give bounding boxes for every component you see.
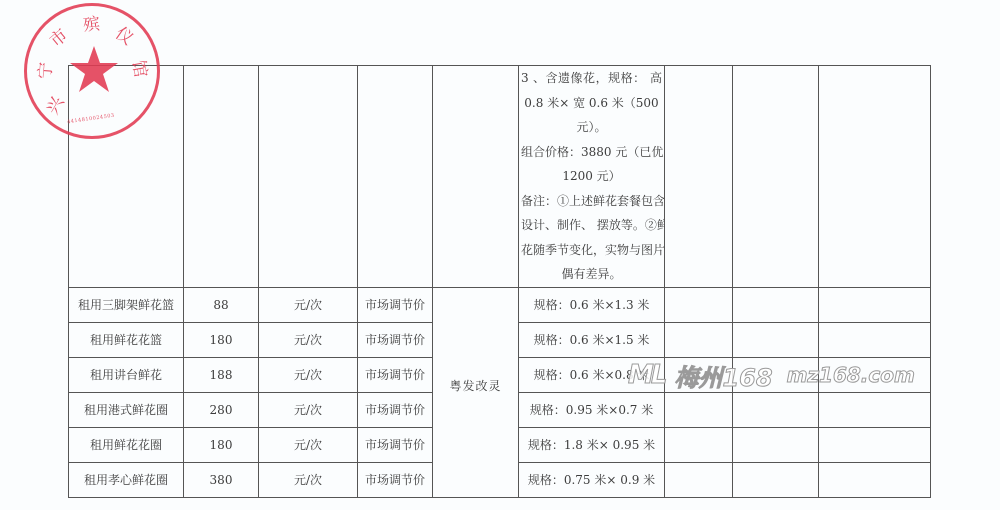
description-line: 偶有差异。 (521, 262, 662, 287)
cell-empty (358, 66, 433, 288)
description-line: 0.8 米× 宽 0.6 米（500 (521, 91, 662, 116)
cell-empty (665, 66, 733, 288)
item-unit: 元/次 (259, 427, 358, 462)
item-name: 租用港式鲜花圈 (69, 392, 184, 427)
item-name: 租用鲜花花篮 (69, 322, 184, 357)
seal-char: 宁 (30, 61, 56, 80)
item-pricing-type: 市场调节价 (358, 357, 433, 392)
cell-empty (259, 66, 358, 288)
item-price: 180 (184, 322, 259, 357)
cell-empty (184, 66, 259, 288)
cell-empty (819, 66, 931, 288)
item-price: 188 (184, 357, 259, 392)
item-spec: 规格：0.6 米×1.3 米 (519, 287, 665, 322)
item-pricing-type: 市场调节价 (358, 287, 433, 322)
item-pricing-type: 市场调节价 (358, 322, 433, 357)
item-price: 180 (184, 427, 259, 462)
item-unit: 元/次 (259, 287, 358, 322)
item-pricing-type: 市场调节价 (358, 462, 433, 497)
table-row-package: 3 、含遗像花，规格： 高 0.8 米× 宽 0.6 米（500 元）。 组合价… (69, 66, 931, 288)
item-price: 88 (184, 287, 259, 322)
cell-empty (665, 462, 733, 497)
cell-empty (733, 392, 819, 427)
approval-doc-cell: 粤发改灵 (433, 287, 519, 497)
cell-empty (819, 357, 931, 392)
seal-char: 殡 (82, 9, 101, 35)
description-line: 设计、制作、 摆放等。②鲜 (521, 213, 662, 238)
item-spec: 规格：0.6 米×1.5 米 (519, 322, 665, 357)
cell-empty (665, 322, 733, 357)
cell-empty (433, 66, 519, 288)
cell-empty (819, 462, 931, 497)
cell-empty (733, 462, 819, 497)
table-row: 租用三脚架鲜花篮 88 元/次 市场调节价 粤发改灵 规格：0.6 米×1.3 … (69, 287, 931, 322)
cell-empty (819, 287, 931, 322)
cell-empty (69, 66, 184, 288)
cell-empty (733, 287, 819, 322)
item-name: 租用三脚架鲜花篮 (69, 287, 184, 322)
seal-char: 仪 (111, 19, 139, 49)
item-spec: 规格：1.8 米× 0.95 米 (519, 427, 665, 462)
cell-empty (665, 287, 733, 322)
cell-empty (665, 427, 733, 462)
item-name: 租用孝心鲜花圈 (69, 462, 184, 497)
description-line: 3 、含遗像花，规格： 高 (521, 66, 662, 91)
item-price: 380 (184, 462, 259, 497)
seal-char: 市 (43, 21, 72, 51)
seal-char: 兴 (38, 91, 68, 118)
item-pricing-type: 市场调节价 (358, 392, 433, 427)
cell-empty (733, 66, 819, 288)
item-spec: 规格：0.75 米× 0.9 米 (519, 462, 665, 497)
cell-empty (819, 322, 931, 357)
item-unit: 元/次 (259, 392, 358, 427)
description-line: 元）。 (521, 115, 662, 140)
cell-empty (733, 427, 819, 462)
description-line: 1200 元） (521, 164, 662, 189)
item-pricing-type: 市场调节价 (358, 427, 433, 462)
cell-empty (819, 427, 931, 462)
cell-empty (665, 392, 733, 427)
description-line: 组合价格：3880 元（已优惠 (521, 140, 662, 165)
scanned-document: 3 、含遗像花，规格： 高 0.8 米× 宽 0.6 米（500 元）。 组合价… (0, 0, 1000, 510)
item-unit: 元/次 (259, 357, 358, 392)
package-description-cell: 3 、含遗像花，规格： 高 0.8 米× 宽 0.6 米（500 元）。 组合价… (519, 66, 665, 288)
item-spec: 规格：0.6 米×0.8 米 (519, 357, 665, 392)
description-line: 花随季节变化，实物与图片 (521, 238, 662, 263)
item-price: 280 (184, 392, 259, 427)
item-name: 租用讲台鲜花 (69, 357, 184, 392)
item-unit: 元/次 (259, 462, 358, 497)
item-name: 租用鲜花花圈 (69, 427, 184, 462)
cell-empty (733, 322, 819, 357)
cell-empty (819, 392, 931, 427)
item-unit: 元/次 (259, 322, 358, 357)
funeral-flower-price-table: 3 、含遗像花，规格： 高 0.8 米× 宽 0.6 米（500 元）。 组合价… (68, 65, 931, 498)
cell-empty (733, 357, 819, 392)
description-line: 备注：①上述鲜花套餐包含 (521, 189, 662, 214)
cell-empty (665, 357, 733, 392)
item-spec: 规格：0.95 米×0.7 米 (519, 392, 665, 427)
